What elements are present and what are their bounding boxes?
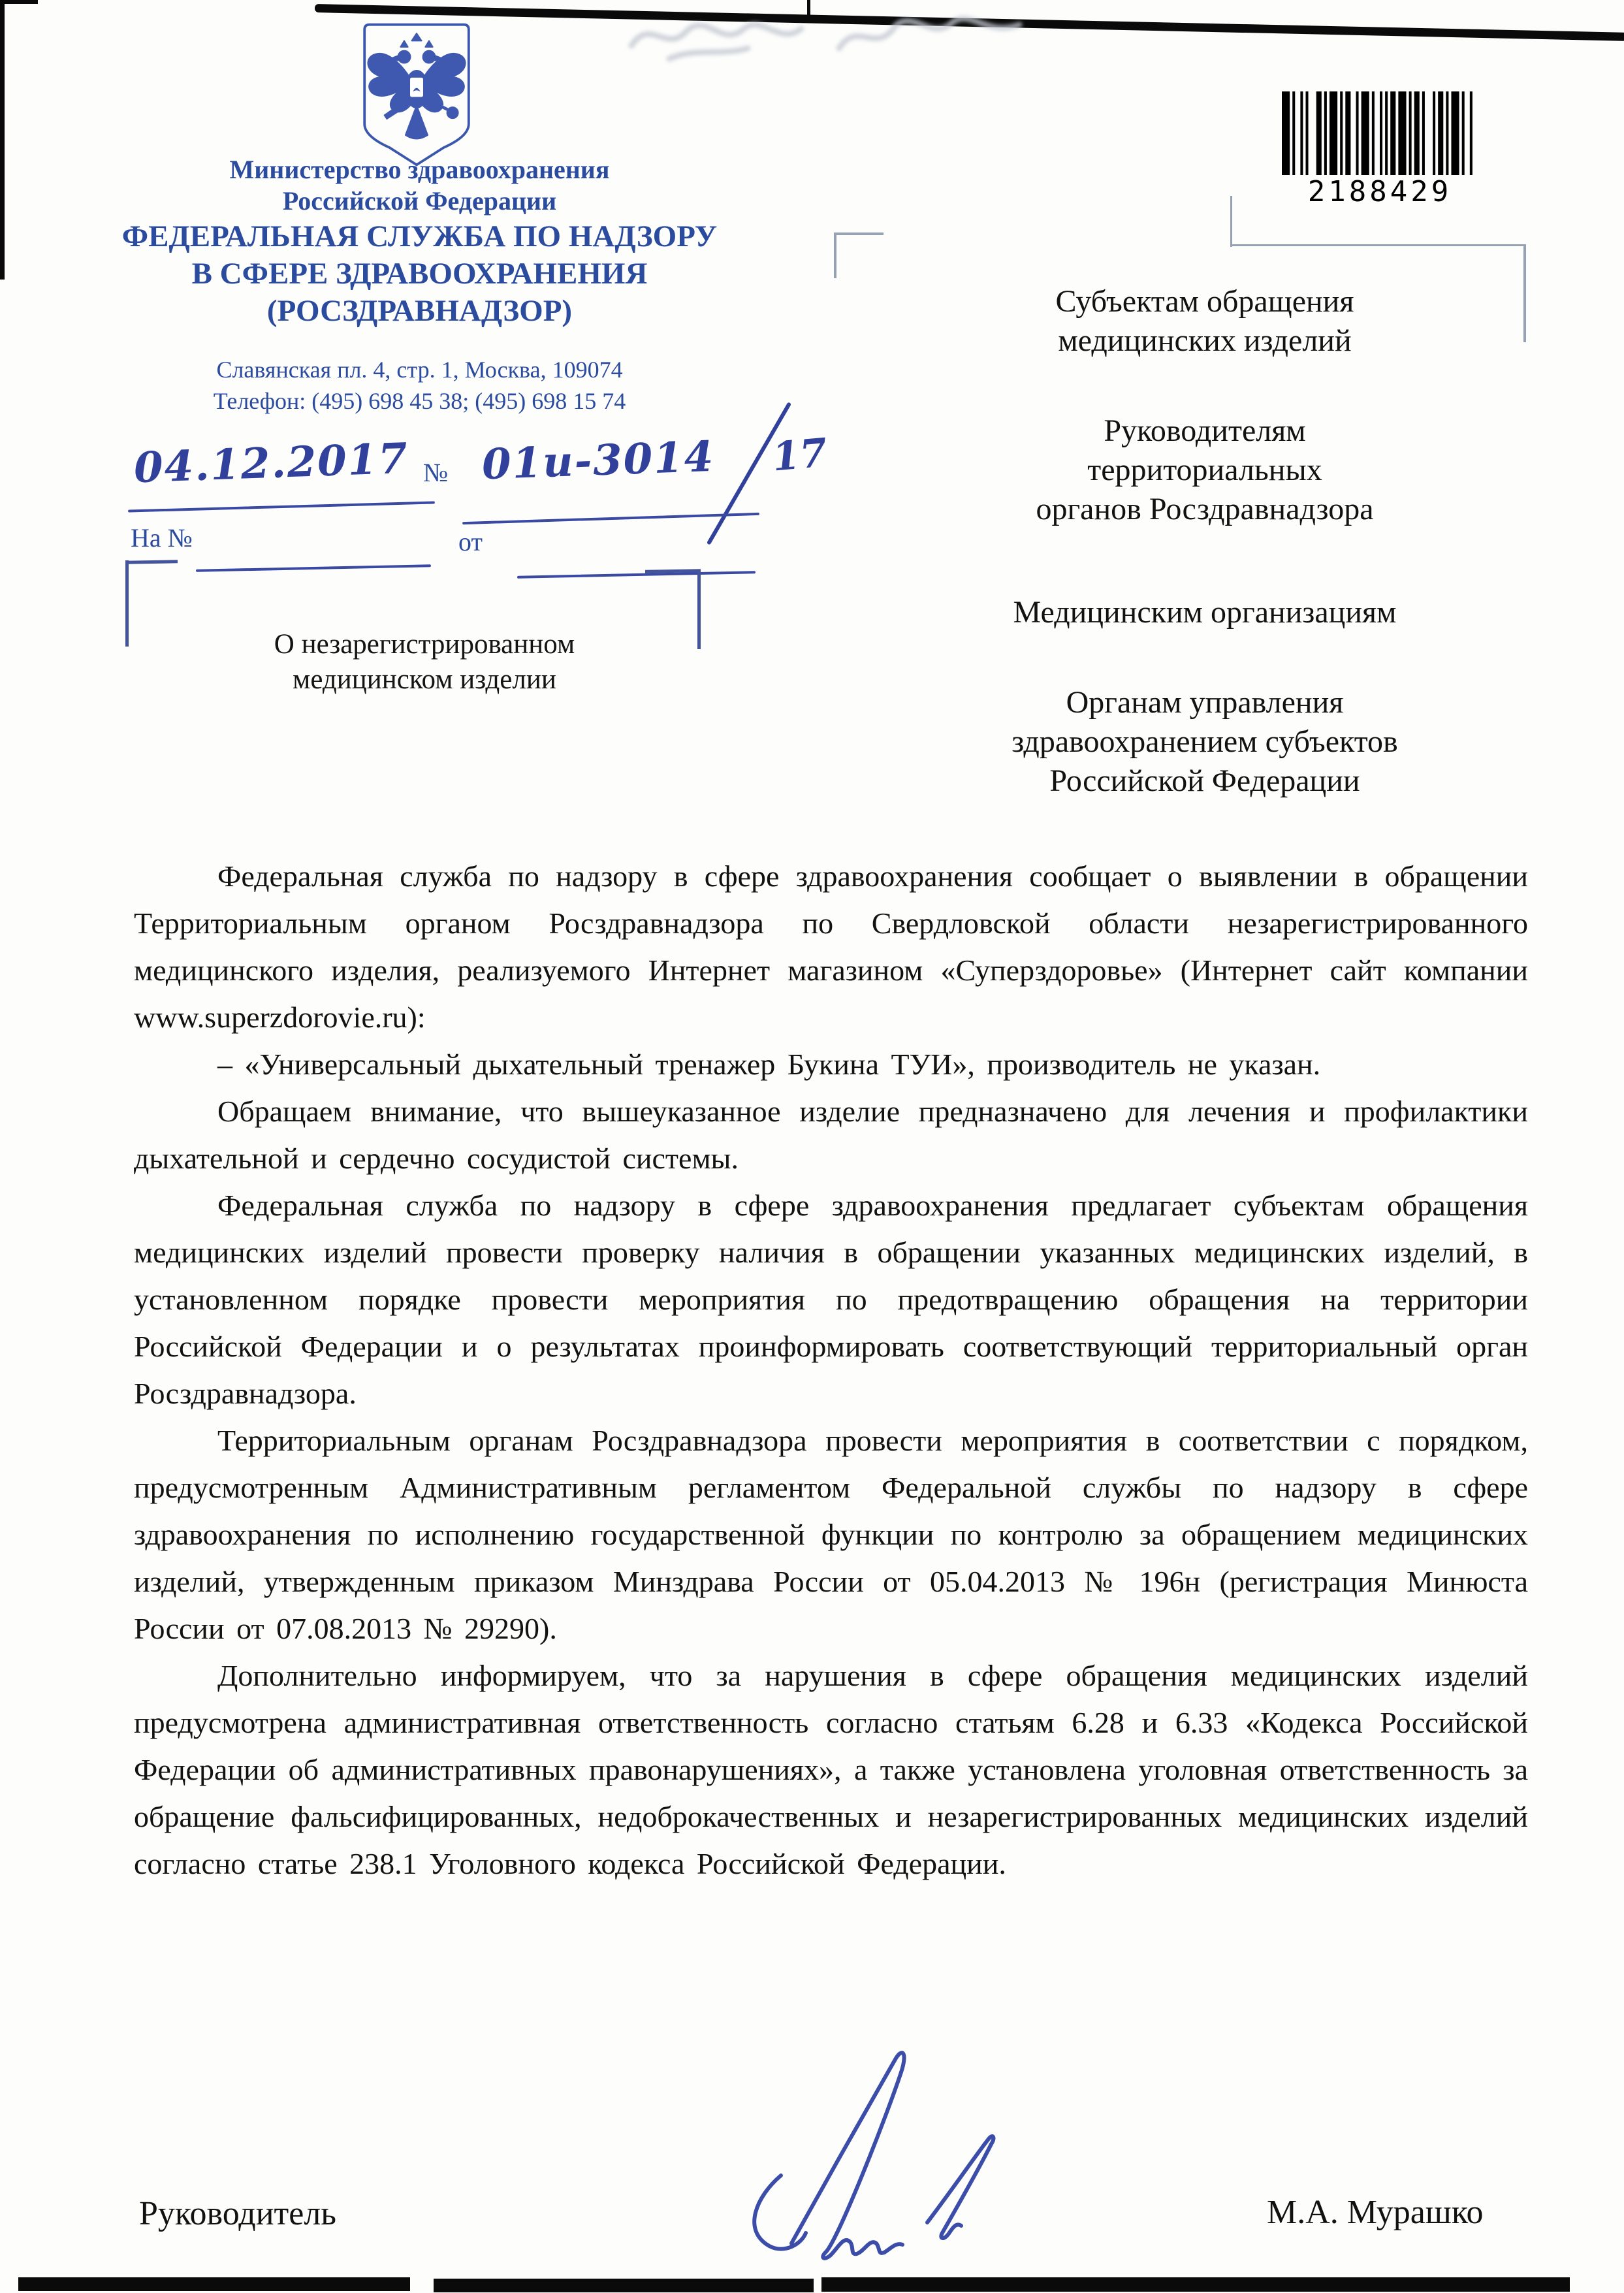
na-no-underline bbox=[196, 564, 431, 572]
ot-underline bbox=[517, 571, 756, 579]
scan-bar-bottom-3 bbox=[821, 2277, 1570, 2292]
corner-bracket-left-top bbox=[125, 560, 178, 564]
body-paragraph-3: Обращаем внимание, что вышеуказанное изд… bbox=[134, 1088, 1528, 1182]
scan-edge-left bbox=[0, 0, 5, 280]
addressee-health-authorities: Органам управления здравоохранением субъ… bbox=[882, 683, 1528, 801]
addressee-medical-organizations: Медицинским организациям bbox=[882, 593, 1528, 632]
ministry-name: Министерство здравоохранения Российской … bbox=[111, 154, 728, 217]
date-underline bbox=[128, 501, 435, 512]
scan-bar-bottom-2 bbox=[434, 2279, 814, 2292]
address-mark-mid-vertical bbox=[1230, 196, 1232, 247]
address-mark-top-horizontal bbox=[1230, 244, 1525, 246]
letter-body: Федеральная служба по надзору в сфере зд… bbox=[134, 853, 1528, 1887]
body-paragraph-4: Федеральная служба по надзору в сфере зд… bbox=[134, 1182, 1528, 1417]
addressee-territorial-heads: Руководителям территориальных органов Ро… bbox=[882, 411, 1528, 529]
scan-bar-bottom-1 bbox=[18, 2277, 410, 2291]
signer-title: Руководитель bbox=[139, 2194, 336, 2233]
scanned-letter-page: Министерство здравоохранения Российской … bbox=[0, 0, 1624, 2293]
corner-bracket-right-side bbox=[697, 569, 701, 649]
addressee-subjects: Субъектам обращения медицинских изделий bbox=[882, 282, 1528, 361]
body-paragraph-2: – «Универсальный дыхательный тренажер Бу… bbox=[134, 1041, 1528, 1088]
barcode bbox=[1282, 91, 1478, 175]
handwritten-number: 01и-3014 bbox=[481, 432, 716, 489]
barcode-number: 2188429 bbox=[1282, 175, 1478, 208]
body-paragraph-5: Территориальным органам Росздравнадзора … bbox=[134, 1417, 1528, 1652]
service-name: ФЕДЕРАЛЬНАЯ СЛУЖБА ПО НАДЗОРУ В СФЕРЕ ЗД… bbox=[91, 218, 748, 330]
corner-bracket-left-side bbox=[125, 560, 129, 647]
subject-line: О незарегистрированном медицинском издел… bbox=[215, 627, 633, 698]
letterhead-phone: Телефон: (495) 698 45 38; (495) 698 15 7… bbox=[111, 386, 728, 416]
address-mark-left-top bbox=[834, 233, 884, 235]
na-no-label: На № bbox=[131, 522, 193, 553]
ot-label: от bbox=[458, 526, 483, 557]
signer-name: М.А. Мурашко bbox=[1267, 2193, 1483, 2232]
coat-of-arms-icon bbox=[355, 21, 479, 170]
body-paragraph-1: Федеральная служба по надзору в сфере зд… bbox=[134, 853, 1528, 1041]
scan-edge-top-corner bbox=[0, 0, 38, 4]
number-sign: № bbox=[423, 457, 448, 488]
faint-handwriting-smudge bbox=[624, 8, 1042, 70]
body-paragraph-6: Дополнительно информируем, что за наруше… bbox=[134, 1652, 1528, 1887]
handwritten-number-suffix: 17 bbox=[771, 430, 829, 480]
address-mark-left-side bbox=[834, 233, 836, 278]
handwritten-date: 04.12.2017 bbox=[133, 434, 409, 493]
handwritten-signature bbox=[653, 2028, 1019, 2276]
letterhead-address: Славянская пл. 4, стр. 1, Москва, 109074 bbox=[111, 355, 728, 385]
number-underline bbox=[462, 513, 759, 524]
